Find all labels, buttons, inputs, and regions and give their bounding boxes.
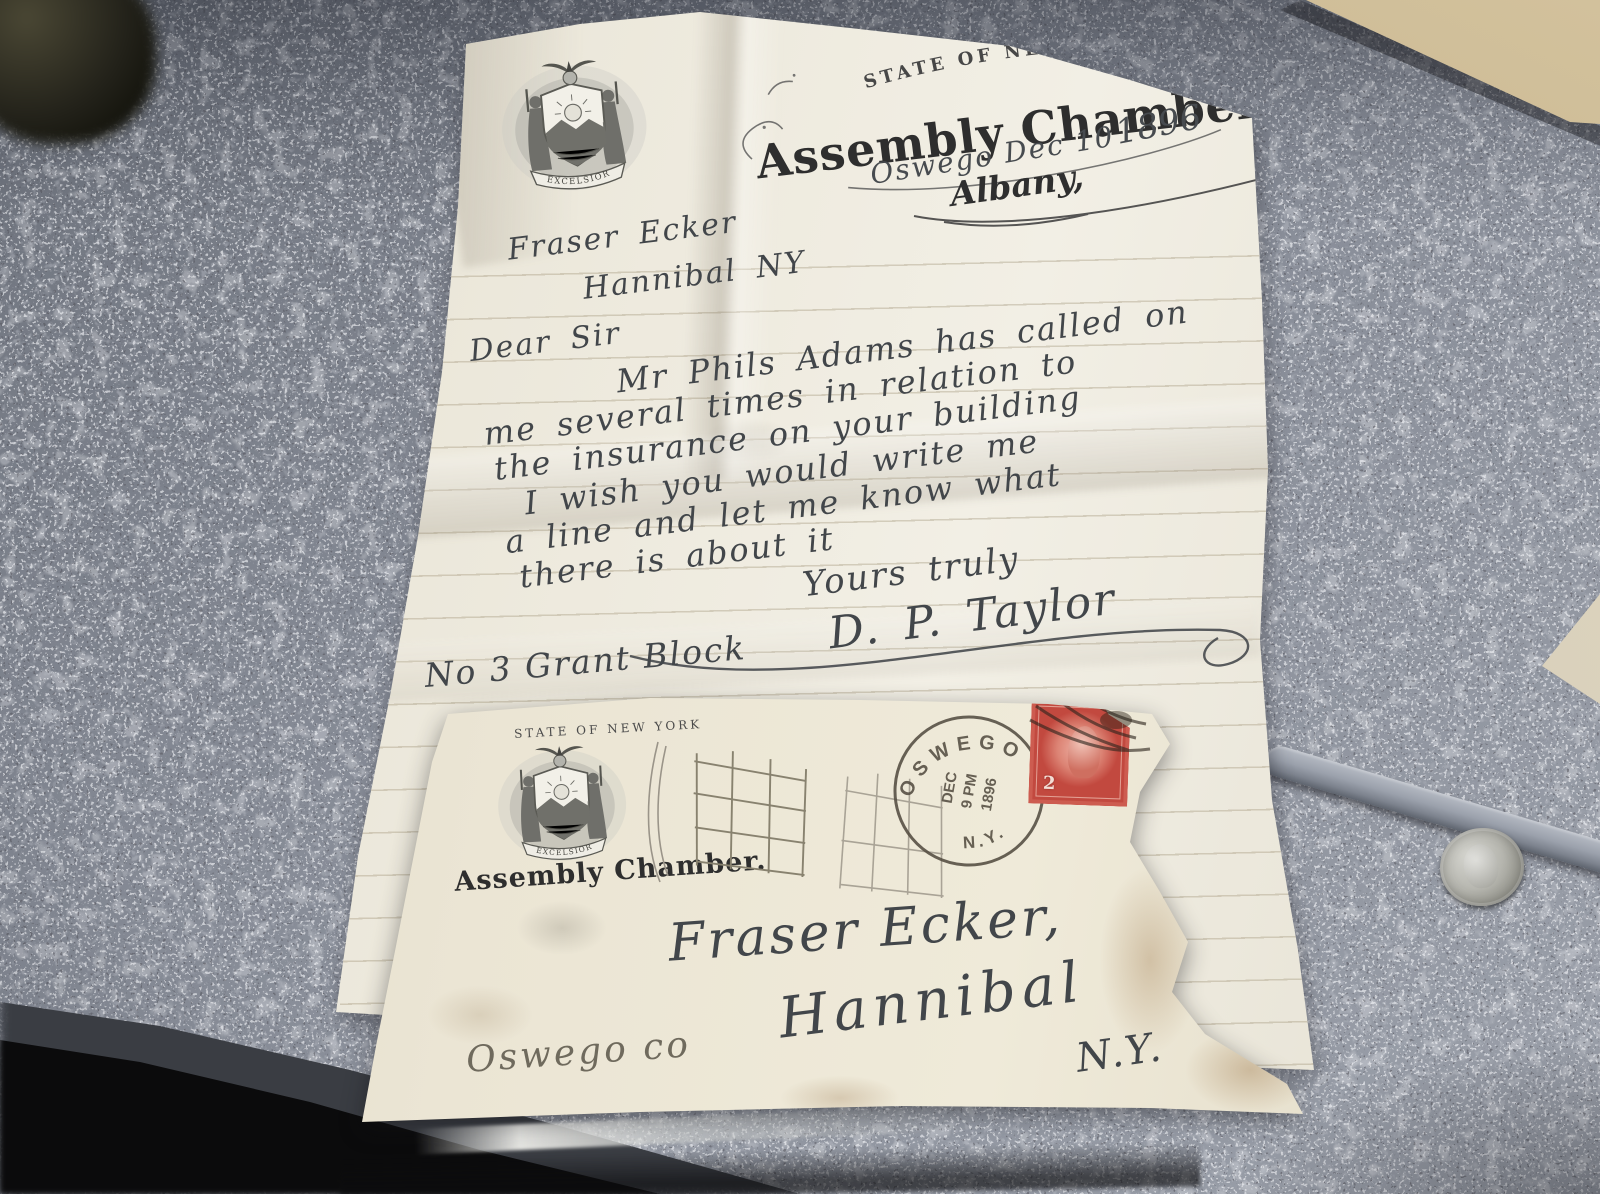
county-note: Oswego co [465, 1024, 692, 1081]
photo-scene: EXCELSIOR [0, 0, 1600, 1194]
svg-text:N.Y.: N.Y. [958, 820, 1011, 857]
envelope: STATE OF NEW YORK Assembly Chamber. [0, 0, 1600, 1194]
postmark-town: OSWEGO [884, 714, 1033, 806]
postmark-month: DEC [939, 770, 961, 804]
envelope-seal [489, 734, 636, 869]
pencil-grid-1 [689, 749, 811, 877]
postmark-year: 1896 [978, 777, 1001, 813]
pencil-arcs [649, 742, 669, 882]
address-line: N.Y. [1073, 1024, 1166, 1082]
cancellation-marks [1012, 686, 1172, 826]
address-line: Hannibal [775, 950, 1088, 1052]
envelope-wrap: STATE OF NEW YORK Assembly Chamber. [0, 0, 1600, 1194]
postmark-day-time: 9 PM [958, 772, 981, 809]
svg-text:OSWEGO: OSWEGO [884, 714, 1033, 806]
postmark-state: N.Y. [958, 820, 1011, 857]
